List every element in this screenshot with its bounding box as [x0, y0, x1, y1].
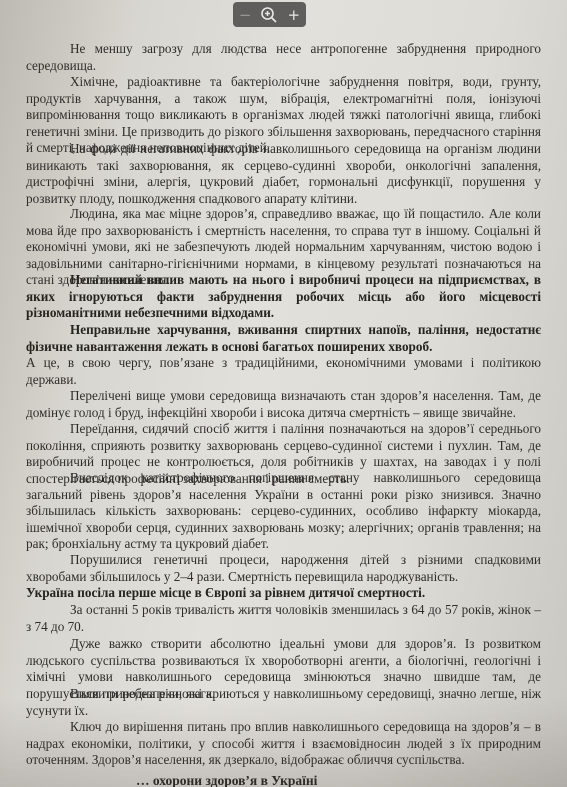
- zoom-in-button[interactable]: +: [284, 4, 304, 26]
- paragraph-15: Виявити небезпеки, які криються у навкол…: [26, 686, 541, 719]
- zoom-out-button[interactable]: −: [235, 4, 255, 26]
- document-page: Не меншу загрозу для людства несе антроп…: [26, 0, 541, 787]
- paragraph-8: Перелічені вище умови середовища визнача…: [26, 388, 541, 421]
- paragraph-3: На фоні дії негативних факторів навколиш…: [26, 141, 541, 207]
- paragraph-13: За останні 5 років тривалість життя чоло…: [26, 602, 541, 635]
- paragraph-5-bold: Негативний вплив мають на нього і виробн…: [26, 272, 541, 322]
- paragraph-12-bold: Україна посіла перше місце в Європі за р…: [26, 585, 541, 602]
- paragraph-6-bold: Неправильне харчування, вживання спиртни…: [26, 322, 541, 355]
- paragraph-11: Порушилися генетичні процеси, народження…: [26, 552, 541, 585]
- zoom-toolbar: − +: [233, 2, 306, 27]
- section-heading-partial: … охорони здоров’я в Україні: [136, 773, 317, 787]
- zoom-icon[interactable]: [259, 4, 279, 26]
- paragraph-1: Не меншу загрозу для людства несе антроп…: [26, 41, 541, 74]
- paragraph-16: Ключ до вирішення питань про вплив навко…: [26, 719, 541, 769]
- paragraph-7: А це, в свою чергу, пов’язане з традицій…: [26, 355, 541, 388]
- paragraph-10: Внаслідок катастрофічного погіршення ста…: [26, 470, 541, 553]
